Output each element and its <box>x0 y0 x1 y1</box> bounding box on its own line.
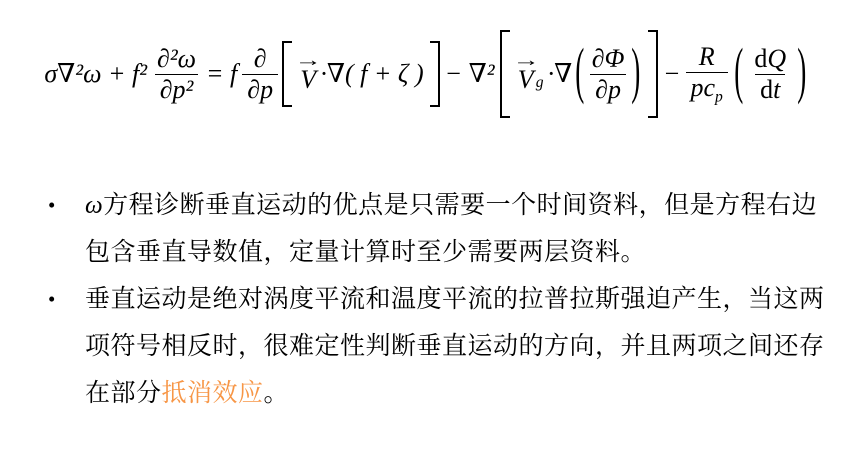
bullet1-line1: ω方程诊断垂直运动的优点是只需要一个时间资料，但是方程右边 <box>85 182 838 229</box>
right-bracket <box>648 30 658 118</box>
left-bracket <box>500 30 510 118</box>
eq-lhs: σ∇²ω + f² <box>43 58 148 89</box>
vector-arrow-icon: → <box>295 55 322 65</box>
slide: σ∇²ω + f² ∂²ω ∂p² = f ∂ ∂p → V ·∇( f + ζ… <box>0 0 852 451</box>
fraction-numerator: dQ <box>749 44 791 74</box>
fraction-dPhi-dp: ∂Φ ∂p <box>587 44 630 105</box>
eq-minus-laplacian: − ∇² <box>444 58 496 89</box>
eq-minus: − <box>662 58 682 89</box>
eq-dot-nabla: ·∇ <box>547 58 574 89</box>
right-bracket <box>430 41 440 107</box>
fraction-d-dp: ∂ ∂p <box>242 44 278 105</box>
highlighted-term: 抵消效应 <box>162 380 264 407</box>
left-paren: ( <box>734 43 743 106</box>
eq-equals-f: = f <box>205 58 238 89</box>
list-item: • ω方程诊断垂直运动的优点是只需要一个时间资料，但是方程右边 包含垂直导数值，… <box>48 182 838 276</box>
fraction-numerator: R <box>694 42 720 72</box>
bullet1-text: ω方程诊断垂直运动的优点是只需要一个时间资料，但是方程右边 包含垂直导数值，定量… <box>85 182 838 276</box>
fraction-denominator: ∂p <box>242 74 278 105</box>
fraction-denominator: ∂p² <box>155 74 199 105</box>
fraction-denominator: dt <box>755 74 785 105</box>
fraction-R-pcp: R pcp <box>686 42 728 106</box>
vector-arrow-icon: → <box>512 55 539 65</box>
fraction-numerator: ∂ <box>249 44 272 74</box>
vector-letter: V <box>518 67 534 93</box>
vector-letter: V <box>300 67 316 93</box>
vector-V: → V <box>299 55 317 93</box>
bullet-list: • ω方程诊断垂直运动的优点是只需要一个时间资料，但是方程右边 包含垂直导数值，… <box>48 182 838 417</box>
bullet-icon: • <box>48 276 85 323</box>
bullet2-text: 垂直运动是绝对涡度平流和温度平流的拉普拉斯强迫产生，当这两 项符号相反时，很难定… <box>85 276 838 417</box>
bullet1-line2: 包含垂直导数值，定量计算时至少需要两层资料。 <box>85 229 838 276</box>
bracket-group-vorticity-advection: → V ·∇( f + ζ ) <box>282 40 439 108</box>
vector-Vg: → V <box>517 55 535 93</box>
right-paren: ) <box>797 43 806 106</box>
fraction-denominator: ∂p <box>590 74 626 105</box>
fraction-dQ-dt: dQ dt <box>749 44 791 105</box>
bullet-icon: • <box>48 182 85 229</box>
subscript-p: p <box>715 88 723 105</box>
eq-grad-f-zeta: ·∇( f + ζ ) <box>319 58 424 89</box>
left-bracket <box>282 41 292 107</box>
bracket-group-thermal-advection: → V g ·∇ ( ∂Φ ∂p ) <box>500 29 658 119</box>
fraction-d2w-dp2: ∂²ω ∂p² <box>152 44 201 105</box>
fraction-numerator: ∂Φ <box>587 44 630 74</box>
right-paren: ) <box>632 43 641 106</box>
fraction-numerator: ∂²ω <box>152 44 201 74</box>
bullet2-line1: 垂直运动是绝对涡度平流和温度平流的拉普拉斯强迫产生，当这两 <box>85 276 838 323</box>
bullet2-line3: 在部分抵消效应。 <box>85 370 838 417</box>
fraction-denominator: pcp <box>686 72 728 106</box>
omega-symbol: ω <box>85 192 103 219</box>
list-item: • 垂直运动是绝对涡度平流和温度平流的拉普拉斯强迫产生，当这两 项符号相反时，很… <box>48 276 838 417</box>
subscript-g: g <box>536 74 544 93</box>
omega-equation: σ∇²ω + f² ∂²ω ∂p² = f ∂ ∂p → V ·∇( f + ζ… <box>0 18 852 130</box>
left-paren: ( <box>575 43 584 106</box>
bullet2-line2: 项符号相反时，很难定性判断垂直运动的方向，并且两项之间还存 <box>85 323 838 370</box>
